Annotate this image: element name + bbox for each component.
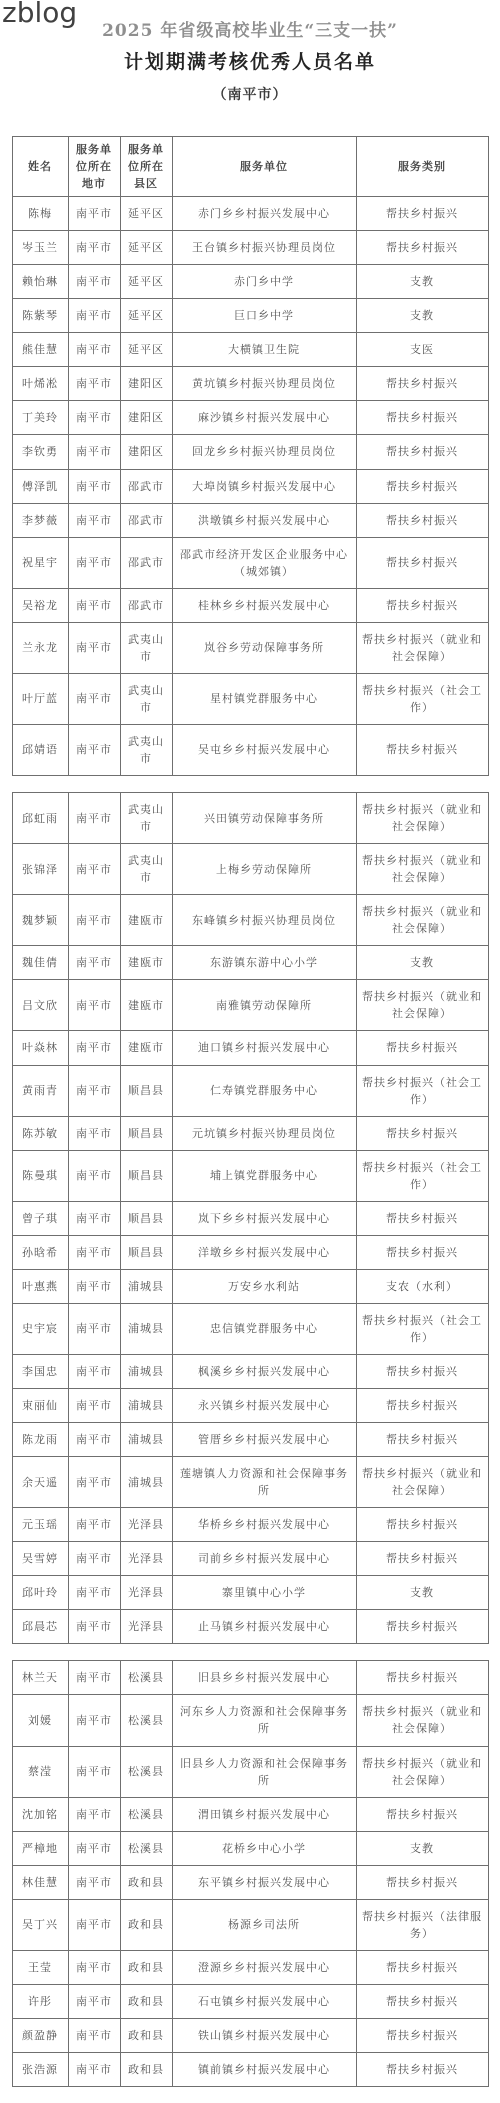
cell-unit: 华桥乡乡村振兴发展中心 [172, 1508, 356, 1542]
table-row: 祝星宇南平市邵武市邵武市经济开发区企业服务中心（城郊镇）帮扶乡村振兴 [12, 537, 488, 588]
cell-county: 建瓯市 [120, 946, 172, 980]
cell-unit: 大埠岗镇乡村振兴发展中心 [172, 469, 356, 503]
cell-city: 南平市 [68, 1610, 120, 1644]
cell-name: 曾子琪 [12, 1201, 68, 1235]
cell-county: 邵武市 [120, 503, 172, 537]
cell-city: 南平市 [68, 1116, 120, 1150]
column-header-county: 服务单位所在县区 [120, 137, 172, 197]
cell-city: 南平市 [68, 1576, 120, 1610]
cell-category: 帮扶乡村振兴 [356, 1610, 488, 1644]
cell-name: 叶厅蓝 [12, 673, 68, 724]
cell-unit: 巨口乡中学 [172, 299, 356, 333]
cell-unit: 洪墩镇乡村振兴发展中心 [172, 503, 356, 537]
table-row: 傅泽凯南平市邵武市大埠岗镇乡村振兴发展中心帮扶乡村振兴 [12, 469, 488, 503]
cell-city: 南平市 [68, 1661, 120, 1695]
cell-city: 南平市 [68, 1984, 120, 2018]
cell-city: 南平市 [68, 1508, 120, 1542]
cell-county: 顺昌县 [120, 1150, 172, 1201]
cell-category: 支农（水利） [356, 1269, 488, 1303]
cell-unit: 旧县乡乡村振兴发展中心 [172, 1661, 356, 1695]
cell-unit: 王台镇乡村振兴协理员岗位 [172, 231, 356, 265]
table-row: 吴丁兴南平市政和县杨源乡司法所帮扶乡村振兴（法律服务） [12, 1899, 488, 1950]
cell-name: 元玉瑶 [12, 1508, 68, 1542]
cell-category: 帮扶乡村振兴（社会工作） [356, 1303, 488, 1354]
table-row: 林兰天南平市松溪县旧县乡乡村振兴发展中心帮扶乡村振兴 [12, 1661, 488, 1695]
cell-county: 建阳区 [120, 435, 172, 469]
cell-unit: 元坑镇乡村振兴协理员岗位 [172, 1116, 356, 1150]
cell-unit: 桂林乡乡村振兴发展中心 [172, 588, 356, 622]
column-header-name: 姓名 [12, 137, 68, 197]
table-row: 李国忠南平市浦城县枫溪乡乡村振兴发展中心帮扶乡村振兴 [12, 1354, 488, 1388]
cell-category: 帮扶乡村振兴 [356, 2053, 488, 2087]
title-line-3: （南平市） [0, 84, 500, 104]
cell-city: 南平市 [68, 299, 120, 333]
cell-unit: 寨里镇中心小学 [172, 1576, 356, 1610]
cell-unit: 止马镇乡村振兴发展中心 [172, 1610, 356, 1644]
cell-category: 帮扶乡村振兴（就业和社会保障） [356, 895, 488, 946]
cell-category: 帮扶乡村振兴（社会工作） [356, 1150, 488, 1201]
table-row: 岑玉兰南平市延平区王台镇乡村振兴协理员岗位帮扶乡村振兴 [12, 231, 488, 265]
roster-table-section-1: 姓名服务单位所在地市服务单位所在县区服务单位服务类别陈梅南平市延平区赤门乡乡村振… [12, 136, 489, 776]
cell-category: 支教 [356, 265, 488, 299]
cell-city: 南平市 [68, 537, 120, 588]
cell-category: 帮扶乡村振兴 [356, 537, 488, 588]
cell-unit: 岚下乡乡村振兴发展中心 [172, 1201, 356, 1235]
cell-name: 陈苏敏 [12, 1116, 68, 1150]
cell-name: 魏梦颖 [12, 895, 68, 946]
table-row: 赖怡琳南平市延平区赤门乡中学支教 [12, 265, 488, 299]
cell-unit: 迪口镇乡村振兴发展中心 [172, 1031, 356, 1065]
table-row: 曾子琪南平市顺昌县岚下乡乡村振兴发展中心帮扶乡村振兴 [12, 1201, 488, 1235]
table-row: 李梦薇南平市邵武市洪墩镇乡村振兴发展中心帮扶乡村振兴 [12, 503, 488, 537]
cell-name: 李钦勇 [12, 435, 68, 469]
cell-category: 支教 [356, 1576, 488, 1610]
column-header-city: 服务单位所在地市 [68, 137, 120, 197]
cell-category: 帮扶乡村振兴 [356, 1423, 488, 1457]
cell-county: 顺昌县 [120, 1235, 172, 1269]
cell-city: 南平市 [68, 946, 120, 980]
cell-name: 吕文欣 [12, 980, 68, 1031]
cell-county: 光泽县 [120, 1610, 172, 1644]
cell-county: 政和县 [120, 1950, 172, 1984]
table-row: 叶厅蓝南平市武夷山市星村镇党群服务中心帮扶乡村振兴（社会工作） [12, 673, 488, 724]
cell-city: 南平市 [68, 980, 120, 1031]
table-row: 李钦勇南平市建阳区回龙乡乡村振兴协理员岗位帮扶乡村振兴 [12, 435, 488, 469]
table-row: 魏梦颖南平市建瓯市东峰镇乡村振兴协理员岗位帮扶乡村振兴（就业和社会保障） [12, 895, 488, 946]
cell-city: 南平市 [68, 1423, 120, 1457]
cell-county: 建瓯市 [120, 895, 172, 946]
cell-unit: 管厝乡乡村振兴发展中心 [172, 1423, 356, 1457]
cell-name: 黄雨青 [12, 1065, 68, 1116]
cell-city: 南平市 [68, 844, 120, 895]
table-row: 吴雪婷南平市光泽县司前乡乡村振兴发展中心帮扶乡村振兴 [12, 1542, 488, 1576]
cell-city: 南平市 [68, 1150, 120, 1201]
cell-name: 祝星宇 [12, 537, 68, 588]
cell-county: 松溪县 [120, 1661, 172, 1695]
table-row: 邱叶玲南平市光泽县寨里镇中心小学支教 [12, 1576, 488, 1610]
cell-name: 林兰天 [12, 1661, 68, 1695]
cell-category: 帮扶乡村振兴（就业和社会保障） [356, 980, 488, 1031]
table-row: 张浩源南平市政和县镇前镇乡村振兴发展中心帮扶乡村振兴 [12, 2053, 488, 2087]
cell-county: 浦城县 [120, 1354, 172, 1388]
cell-county: 政和县 [120, 1899, 172, 1950]
table-row: 陈苏敏南平市顺昌县元坑镇乡村振兴协理员岗位帮扶乡村振兴 [12, 1116, 488, 1150]
cell-city: 南平市 [68, 1354, 120, 1388]
cell-category: 帮扶乡村振兴 [356, 1950, 488, 1984]
cell-city: 南平市 [68, 1031, 120, 1065]
cell-county: 武夷山市 [120, 844, 172, 895]
cell-category: 帮扶乡村振兴（就业和社会保障） [356, 1695, 488, 1746]
table-row: 林佳慧南平市政和县东平镇乡村振兴发展中心帮扶乡村振兴 [12, 1865, 488, 1899]
cell-unit: 河东乡人力资源和社会保障事务所 [172, 1695, 356, 1746]
cell-category: 帮扶乡村振兴（法律服务） [356, 1899, 488, 1950]
cell-category: 帮扶乡村振兴 [356, 724, 488, 775]
cell-category: 帮扶乡村振兴 [356, 1865, 488, 1899]
cell-county: 建瓯市 [120, 980, 172, 1031]
cell-category: 帮扶乡村振兴 [356, 1201, 488, 1235]
cell-city: 南平市 [68, 1695, 120, 1746]
table-row: 陈龙雨南平市浦城县管厝乡乡村振兴发展中心帮扶乡村振兴 [12, 1423, 488, 1457]
cell-category: 支教 [356, 1831, 488, 1865]
cell-city: 南平市 [68, 197, 120, 231]
cell-name: 林佳慧 [12, 1865, 68, 1899]
cell-county: 光泽县 [120, 1576, 172, 1610]
cell-category: 帮扶乡村振兴 [356, 1389, 488, 1423]
cell-unit: 东峰镇乡村振兴协理员岗位 [172, 895, 356, 946]
table-row: 兰永龙南平市武夷山市岚谷乡劳动保障事务所帮扶乡村振兴（就业和社会保障） [12, 622, 488, 673]
cell-name: 束丽仙 [12, 1389, 68, 1423]
table-row: 魏佳倩南平市建瓯市东游镇东游中心小学支教 [12, 946, 488, 980]
cell-city: 南平市 [68, 724, 120, 775]
cell-unit: 星村镇党群服务中心 [172, 673, 356, 724]
table-row: 元玉瑶南平市光泽县华桥乡乡村振兴发展中心帮扶乡村振兴 [12, 1508, 488, 1542]
cell-city: 南平市 [68, 1542, 120, 1576]
cell-unit: 石屯镇乡村振兴发展中心 [172, 1984, 356, 2018]
cell-category: 帮扶乡村振兴 [356, 1984, 488, 2018]
cell-name: 沈加铭 [12, 1797, 68, 1831]
cell-name: 陈曼琪 [12, 1150, 68, 1201]
table-row: 王莹南平市政和县澄源乡乡村振兴发展中心帮扶乡村振兴 [12, 1950, 488, 1984]
cell-county: 政和县 [120, 2053, 172, 2087]
table-row: 邱晨芯南平市光泽县止马镇乡村振兴发展中心帮扶乡村振兴 [12, 1610, 488, 1644]
cell-county: 建瓯市 [120, 1031, 172, 1065]
cell-category: 帮扶乡村振兴 [356, 1797, 488, 1831]
table-row: 吴裕龙南平市邵武市桂林乡乡村振兴发展中心帮扶乡村振兴 [12, 588, 488, 622]
cell-county: 光泽县 [120, 1542, 172, 1576]
cell-category: 帮扶乡村振兴 [356, 503, 488, 537]
cell-city: 南平市 [68, 2018, 120, 2052]
table-row: 吕文欣南平市建瓯市南雅镇劳动保障所帮扶乡村振兴（就业和社会保障） [12, 980, 488, 1031]
cell-unit: 枫溪乡乡村振兴发展中心 [172, 1354, 356, 1388]
cell-county: 延平区 [120, 333, 172, 367]
cell-city: 南平市 [68, 1899, 120, 1950]
cell-city: 南平市 [68, 1457, 120, 1508]
table-row: 黄雨青南平市顺昌县仁寿镇党群服务中心帮扶乡村振兴（社会工作） [12, 1065, 488, 1116]
cell-city: 南平市 [68, 1746, 120, 1797]
cell-unit: 仁寿镇党群服务中心 [172, 1065, 356, 1116]
cell-city: 南平市 [68, 1865, 120, 1899]
table-row: 邱婧语南平市武夷山市吴屯乡乡村振兴发展中心帮扶乡村振兴 [12, 724, 488, 775]
table-row: 陈梅南平市延平区赤门乡乡村振兴发展中心帮扶乡村振兴 [12, 197, 488, 231]
cell-unit: 莲塘镇人力资源和社会保障事务所 [172, 1457, 356, 1508]
roster-table-section-3: 林兰天南平市松溪县旧县乡乡村振兴发展中心帮扶乡村振兴刘媛南平市松溪县河东乡人力资… [12, 1660, 489, 2087]
cell-category: 帮扶乡村振兴 [356, 588, 488, 622]
cell-category: 支教 [356, 299, 488, 333]
cell-county: 浦城县 [120, 1303, 172, 1354]
table-row: 丁美玲南平市建阳区麻沙镇乡村振兴发展中心帮扶乡村振兴 [12, 401, 488, 435]
cell-unit: 澄源乡乡村振兴发展中心 [172, 1950, 356, 1984]
cell-name: 王莹 [12, 1950, 68, 1984]
roster-table-section-2: 邱虹雨南平市武夷山市兴田镇劳动保障事务所帮扶乡村振兴（就业和社会保障）张锦泽南平… [12, 792, 489, 1644]
cell-category: 帮扶乡村振兴（就业和社会保障） [356, 793, 488, 844]
cell-category: 帮扶乡村振兴 [356, 401, 488, 435]
cell-county: 浦城县 [120, 1423, 172, 1457]
cell-city: 南平市 [68, 588, 120, 622]
cell-county: 顺昌县 [120, 1201, 172, 1235]
cell-name: 丁美玲 [12, 401, 68, 435]
cell-unit: 旧县乡人力资源和社会保障事务所 [172, 1746, 356, 1797]
cell-county: 邵武市 [120, 469, 172, 503]
cell-category: 帮扶乡村振兴（社会工作） [356, 1065, 488, 1116]
cell-name: 熊佳慧 [12, 333, 68, 367]
cell-unit: 上梅乡劳动保障所 [172, 844, 356, 895]
cell-category: 支医 [356, 333, 488, 367]
cell-county: 延平区 [120, 299, 172, 333]
cell-name: 颜盈静 [12, 2018, 68, 2052]
cell-category: 帮扶乡村振兴 [356, 2018, 488, 2052]
cell-category: 帮扶乡村振兴（就业和社会保障） [356, 844, 488, 895]
cell-city: 南平市 [68, 231, 120, 265]
cell-city: 南平市 [68, 1201, 120, 1235]
cell-unit: 麻沙镇乡村振兴发展中心 [172, 401, 356, 435]
cell-city: 南平市 [68, 673, 120, 724]
cell-county: 武夷山市 [120, 673, 172, 724]
cell-name: 吴裕龙 [12, 588, 68, 622]
cell-name: 叶焱林 [12, 1031, 68, 1065]
cell-county: 顺昌县 [120, 1065, 172, 1116]
cell-county: 延平区 [120, 265, 172, 299]
cell-unit: 赤门乡乡村振兴发展中心 [172, 197, 356, 231]
cell-city: 南平市 [68, 1797, 120, 1831]
column-header-category: 服务类别 [356, 137, 488, 197]
table-row: 许彤南平市政和县石屯镇乡村振兴发展中心帮扶乡村振兴 [12, 1984, 488, 2018]
cell-name: 傅泽凯 [12, 469, 68, 503]
table-row: 邱虹雨南平市武夷山市兴田镇劳动保障事务所帮扶乡村振兴（就业和社会保障） [12, 793, 488, 844]
cell-unit: 大横镇卫生院 [172, 333, 356, 367]
cell-city: 南平市 [68, 367, 120, 401]
cell-city: 南平市 [68, 793, 120, 844]
zblog-watermark: zblog [2, 0, 77, 29]
cell-unit: 邵武市经济开发区企业服务中心（城郊镇） [172, 537, 356, 588]
cell-name: 吴雪婷 [12, 1542, 68, 1576]
cell-category: 帮扶乡村振兴 [356, 1031, 488, 1065]
cell-unit: 万安乡水利站 [172, 1269, 356, 1303]
cell-unit: 洋墩乡乡村振兴发展中心 [172, 1235, 356, 1269]
cell-unit: 渭田镇乡村振兴发展中心 [172, 1797, 356, 1831]
cell-city: 南平市 [68, 469, 120, 503]
cell-name: 许彤 [12, 1984, 68, 2018]
cell-county: 建阳区 [120, 367, 172, 401]
cell-category: 帮扶乡村振兴 [356, 367, 488, 401]
cell-name: 邱婧语 [12, 724, 68, 775]
roster-tables: 姓名服务单位所在地市服务单位所在县区服务单位服务类别陈梅南平市延平区赤门乡乡村振… [0, 136, 500, 2087]
table-row: 束丽仙南平市浦城县永兴镇乡村振兴发展中心帮扶乡村振兴 [12, 1389, 488, 1423]
cell-name: 叶烯凇 [12, 367, 68, 401]
cell-county: 邵武市 [120, 537, 172, 588]
cell-unit: 南雅镇劳动保障所 [172, 980, 356, 1031]
cell-county: 邵武市 [120, 588, 172, 622]
cell-unit: 镇前镇乡村振兴发展中心 [172, 2053, 356, 2087]
cell-category: 帮扶乡村振兴 [356, 1508, 488, 1542]
table-row: 史宇宸南平市浦城县忠信镇党群服务中心帮扶乡村振兴（社会工作） [12, 1303, 488, 1354]
cell-county: 松溪县 [120, 1695, 172, 1746]
cell-city: 南平市 [68, 265, 120, 299]
cell-category: 帮扶乡村振兴 [356, 197, 488, 231]
table-row: 余天遥南平市浦城县莲塘镇人力资源和社会保障事务所帮扶乡村振兴（就业和社会保障） [12, 1457, 488, 1508]
cell-name: 赖怡琳 [12, 265, 68, 299]
cell-category: 帮扶乡村振兴 [356, 1354, 488, 1388]
table-row: 熊佳慧南平市延平区大横镇卫生院支医 [12, 333, 488, 367]
cell-category: 帮扶乡村振兴 [356, 469, 488, 503]
cell-city: 南平市 [68, 2053, 120, 2087]
cell-unit: 花桥乡中心小学 [172, 1831, 356, 1865]
cell-county: 浦城县 [120, 1457, 172, 1508]
cell-city: 南平市 [68, 895, 120, 946]
cell-unit: 铁山镇乡村振兴发展中心 [172, 2018, 356, 2052]
cell-category: 帮扶乡村振兴（社会工作） [356, 673, 488, 724]
cell-category: 帮扶乡村振兴 [356, 1542, 488, 1576]
cell-city: 南平市 [68, 401, 120, 435]
cell-name: 孙晗希 [12, 1235, 68, 1269]
cell-name: 吴丁兴 [12, 1899, 68, 1950]
cell-name: 邱虹雨 [12, 793, 68, 844]
cell-name: 岑玉兰 [12, 231, 68, 265]
cell-name: 陈梅 [12, 197, 68, 231]
cell-category: 帮扶乡村振兴（就业和社会保障） [356, 622, 488, 673]
cell-county: 延平区 [120, 231, 172, 265]
table-row: 孙晗希南平市顺昌县洋墩乡乡村振兴发展中心帮扶乡村振兴 [12, 1235, 488, 1269]
cell-unit: 东平镇乡村振兴发展中心 [172, 1865, 356, 1899]
cell-county: 浦城县 [120, 1269, 172, 1303]
cell-unit: 司前乡乡村振兴发展中心 [172, 1542, 356, 1576]
cell-name: 张浩源 [12, 2053, 68, 2087]
cell-name: 叶惠燕 [12, 1269, 68, 1303]
cell-city: 南平市 [68, 503, 120, 537]
cell-county: 延平区 [120, 197, 172, 231]
cell-county: 光泽县 [120, 1508, 172, 1542]
cell-county: 武夷山市 [120, 622, 172, 673]
cell-county: 政和县 [120, 1865, 172, 1899]
table-row: 陈曼琪南平市顺昌县埔上镇党群服务中心帮扶乡村振兴（社会工作） [12, 1150, 488, 1201]
cell-city: 南平市 [68, 1831, 120, 1865]
cell-name: 陈紫琴 [12, 299, 68, 333]
table-row: 蔡滢南平市松溪县旧县乡人力资源和社会保障事务所帮扶乡村振兴（就业和社会保障） [12, 1746, 488, 1797]
cell-city: 南平市 [68, 1389, 120, 1423]
cell-county: 松溪县 [120, 1797, 172, 1831]
cell-name: 邱晨芯 [12, 1610, 68, 1644]
cell-unit: 黄坑镇乡村振兴协理员岗位 [172, 367, 356, 401]
cell-county: 松溪县 [120, 1746, 172, 1797]
cell-unit: 东游镇东游中心小学 [172, 946, 356, 980]
cell-category: 帮扶乡村振兴（就业和社会保障） [356, 1746, 488, 1797]
cell-name: 李国忠 [12, 1354, 68, 1388]
table-row: 陈紫琴南平市延平区巨口乡中学支教 [12, 299, 488, 333]
cell-category: 帮扶乡村振兴 [356, 231, 488, 265]
cell-unit: 兴田镇劳动保障事务所 [172, 793, 356, 844]
cell-city: 南平市 [68, 1235, 120, 1269]
cell-name: 严樟地 [12, 1831, 68, 1865]
cell-name: 张锦泽 [12, 844, 68, 895]
cell-county: 建阳区 [120, 401, 172, 435]
cell-name: 史宇宸 [12, 1303, 68, 1354]
table-row: 刘媛南平市松溪县河东乡人力资源和社会保障事务所帮扶乡村振兴（就业和社会保障） [12, 1695, 488, 1746]
cell-unit: 吴屯乡乡村振兴发展中心 [172, 724, 356, 775]
cell-county: 松溪县 [120, 1831, 172, 1865]
cell-name: 蔡滢 [12, 1746, 68, 1797]
cell-unit: 岚谷乡劳动保障事务所 [172, 622, 356, 673]
header-row: 姓名服务单位所在地市服务单位所在县区服务单位服务类别 [12, 137, 488, 197]
table-row: 叶焱林南平市建瓯市迪口镇乡村振兴发展中心帮扶乡村振兴 [12, 1031, 488, 1065]
cell-city: 南平市 [68, 1269, 120, 1303]
column-header-unit: 服务单位 [172, 137, 356, 197]
cell-name: 余天遥 [12, 1457, 68, 1508]
cell-unit: 回龙乡乡村振兴协理员岗位 [172, 435, 356, 469]
cell-name: 李梦薇 [12, 503, 68, 537]
cell-city: 南平市 [68, 435, 120, 469]
cell-category: 帮扶乡村振兴（就业和社会保障） [356, 1457, 488, 1508]
table-row: 叶烯凇南平市建阳区黄坑镇乡村振兴协理员岗位帮扶乡村振兴 [12, 367, 488, 401]
cell-unit: 忠信镇党群服务中心 [172, 1303, 356, 1354]
table-row: 严樟地南平市松溪县花桥乡中心小学支教 [12, 1831, 488, 1865]
cell-unit: 永兴镇乡村振兴发展中心 [172, 1389, 356, 1423]
table-row: 颜盈静南平市政和县铁山镇乡村振兴发展中心帮扶乡村振兴 [12, 2018, 488, 2052]
cell-city: 南平市 [68, 333, 120, 367]
cell-category: 支教 [356, 946, 488, 980]
cell-city: 南平市 [68, 1303, 120, 1354]
cell-category: 帮扶乡村振兴 [356, 435, 488, 469]
cell-name: 兰永龙 [12, 622, 68, 673]
cell-category: 帮扶乡村振兴 [356, 1235, 488, 1269]
cell-county: 政和县 [120, 1984, 172, 2018]
cell-county: 顺昌县 [120, 1116, 172, 1150]
cell-name: 魏佳倩 [12, 946, 68, 980]
cell-county: 政和县 [120, 2018, 172, 2052]
title-line-2: 计划期满考核优秀人员名单 [0, 47, 500, 74]
table-row: 叶惠燕南平市浦城县万安乡水利站支农（水利） [12, 1269, 488, 1303]
cell-unit: 赤门乡中学 [172, 265, 356, 299]
cell-city: 南平市 [68, 1065, 120, 1116]
table-row: 张锦泽南平市武夷山市上梅乡劳动保障所帮扶乡村振兴（就业和社会保障） [12, 844, 488, 895]
cell-county: 浦城县 [120, 1389, 172, 1423]
cell-name: 刘媛 [12, 1695, 68, 1746]
cell-category: 帮扶乡村振兴 [356, 1116, 488, 1150]
cell-county: 武夷山市 [120, 724, 172, 775]
cell-county: 武夷山市 [120, 793, 172, 844]
cell-city: 南平市 [68, 622, 120, 673]
table-row: 沈加铭南平市松溪县渭田镇乡村振兴发展中心帮扶乡村振兴 [12, 1797, 488, 1831]
cell-name: 陈龙雨 [12, 1423, 68, 1457]
cell-name: 邱叶玲 [12, 1576, 68, 1610]
cell-city: 南平市 [68, 1950, 120, 1984]
cell-unit: 埔上镇党群服务中心 [172, 1150, 356, 1201]
cell-category: 帮扶乡村振兴 [356, 1661, 488, 1695]
cell-unit: 杨源乡司法所 [172, 1899, 356, 1950]
